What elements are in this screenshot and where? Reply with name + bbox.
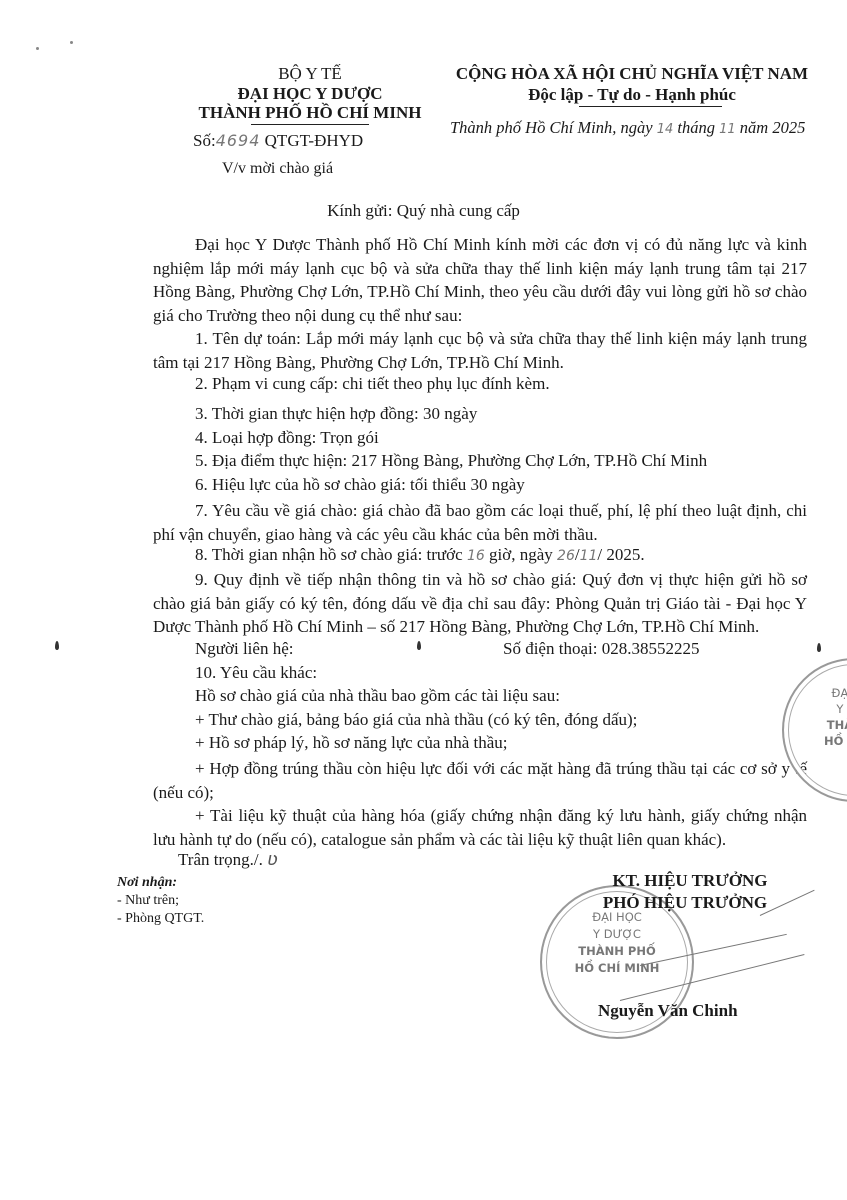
intro-paragraph: Đại học Y Dược Thành phố Hồ Chí Minh kín… <box>153 233 807 327</box>
stamp-line: HỒ CHÍ MINH <box>542 960 692 977</box>
doc-item-4-text: + Tài liệu kỹ thuật của hàng hóa (giấy c… <box>153 806 807 849</box>
issuer-header: BỘ Y TẾ ĐẠI HỌC Y DƯỢC THÀNH PHỐ HỒ CHÍ … <box>160 64 460 125</box>
contact-phone: Số điện thoại: 028.38552225 <box>503 639 699 659</box>
edge-stamp-line: THÀ <box>824 717 847 733</box>
item-9: 9. Quy định về tiếp nhận thông tin và hồ… <box>153 568 807 639</box>
signer-title-2: PHÓ HIỆU TRƯỞNG <box>550 892 820 914</box>
item-9-text: 9. Quy định về tiếp nhận thông tin và hồ… <box>153 570 807 636</box>
date-prefix: Thành phố Hồ Chí Minh, ngày <box>450 118 653 137</box>
contact-label: Người liên hệ: <box>195 639 293 658</box>
nation-name: CỘNG HÒA XÃ HỘI CHỦ NGHĨA VIỆT NAM <box>432 64 832 84</box>
handwritten-deadline-month: 11 <box>580 548 598 564</box>
university-name-line2: THÀNH PHỐ HỒ CHÍ MINH <box>160 103 460 122</box>
item-5: 5. Địa điểm thực hiện: 217 Hồng Bàng, Ph… <box>195 451 707 471</box>
edge-stamp-text: ĐẠ Y THÀ HỒ C <box>824 685 847 749</box>
stamp-line: THÀNH PHỐ <box>542 943 692 960</box>
punch-mark-icon <box>55 641 59 650</box>
document-number: Số:4694 QTGT-ĐHYD <box>193 131 363 151</box>
item-8-prefix: 8. Thời gian nhận hồ sơ chào giá: trước <box>195 545 463 564</box>
scan-speck-icon <box>36 47 39 50</box>
handwritten-hour: 16 <box>467 548 485 564</box>
intro-text: Đại học Y Dược Thành phố Hồ Chí Minh kín… <box>153 235 807 325</box>
item-8: 8. Thời gian nhận hồ sơ chào giá: trước … <box>195 545 645 565</box>
punch-mark-icon <box>417 641 421 650</box>
document-subject: V/v mời chào giá <box>222 160 333 178</box>
initials-signature-icon: ʋ <box>267 849 278 870</box>
docs-intro: Hồ sơ chào giá của nhà thầu bao gồm các … <box>195 686 560 706</box>
salutation: Kính gửi: Quý nhà cung cấp <box>0 201 847 221</box>
item-7: 7. Yêu cầu về giá chào: giá chào đã bao … <box>153 499 807 546</box>
item-10: 10. Yêu cầu khác: <box>195 663 317 683</box>
closing-text: Trân trọng./. <box>178 850 263 869</box>
doc-item-3-text: + Hợp đồng trúng thầu còn hiệu lực đối v… <box>153 759 807 802</box>
university-name-line1: ĐẠI HỌC Y DƯỢC <box>160 84 460 103</box>
ministry-name: BỘ Y TẾ <box>160 64 460 84</box>
doc-item-2: + Hồ sơ pháp lý, hồ sơ năng lực của nhà … <box>195 733 508 753</box>
national-header: CỘNG HÒA XÃ HỘI CHỦ NGHĨA VIỆT NAM Độc l… <box>432 64 832 107</box>
signer-title-1: KT. HIỆU TRƯỞNG <box>560 870 820 892</box>
date-month-label: tháng <box>677 118 715 137</box>
recipient-item: - Phòng QTGT. <box>117 910 204 928</box>
stamp-text: ĐẠI HỌC Y DƯỢC THÀNH PHỐ HỒ CHÍ MINH <box>542 909 692 977</box>
recipients-title: Nơi nhận: <box>117 874 204 892</box>
punch-mark-icon <box>817 643 821 652</box>
number-prefix: Số: <box>193 131 216 150</box>
doc-item-3: + Hợp đồng trúng thầu còn hiệu lực đối v… <box>153 757 807 804</box>
doc-item-1: + Thư chào giá, bảng báo giá của nhà thầ… <box>195 710 637 730</box>
number-suffix: QTGT-ĐHYD <box>265 131 364 150</box>
handwritten-number: 4694 <box>216 131 261 150</box>
item-2: 2. Phạm vi cung cấp: chi tiết theo phụ l… <box>195 374 550 394</box>
item-3: 3. Thời gian thực hiện hợp đồng: 30 ngày <box>195 404 477 424</box>
header-underline <box>251 124 369 125</box>
motto-underline <box>579 106 722 107</box>
doc-item-4: + Tài liệu kỹ thuật của hàng hóa (giấy c… <box>153 804 807 851</box>
item-4: 4. Loại hợp đồng: Trọn gói <box>195 428 379 448</box>
recipient-item: - Như trên; <box>117 892 204 910</box>
closing: Trân trọng./. ʋ <box>178 849 278 870</box>
contact-row: Người liên hệ: Số điện thoại: 028.385522… <box>195 639 293 659</box>
item-1: 1. Tên dự toán: Lắp mới máy lạnh cục bộ … <box>153 327 807 374</box>
item-8-year: / 2025. <box>597 545 644 564</box>
item-6: 6. Hiệu lực của hồ sơ chào giá: tối thiể… <box>195 475 525 495</box>
issue-date: Thành phố Hồ Chí Minh, ngày 14 tháng 11 … <box>450 118 805 138</box>
handwritten-month: 11 <box>719 122 736 137</box>
national-motto: Độc lập - Tự do - Hạnh phúc <box>432 84 832 105</box>
item-7-text: 7. Yêu cầu về giá chào: giá chào đã bao … <box>153 501 807 544</box>
signer-name: Nguyễn Văn Chinh <box>598 1001 738 1021</box>
edge-stamp-line: Y <box>824 701 847 717</box>
edge-stamp-line: HỒ C <box>824 733 847 749</box>
item-1-text: 1. Tên dự toán: Lắp mới máy lạnh cục bộ … <box>153 329 807 372</box>
handwritten-day: 14 <box>657 122 674 137</box>
handwritten-deadline-day: 26 <box>557 548 575 564</box>
scan-speck-icon <box>70 41 73 44</box>
edge-stamp-line: ĐẠ <box>824 685 847 701</box>
recipients-block: Nơi nhận: - Như trên; - Phòng QTGT. <box>117 874 204 928</box>
stamp-line: Y DƯỢC <box>542 926 692 943</box>
date-year: năm 2025 <box>740 118 806 137</box>
item-8-mid: giờ, ngày <box>489 545 553 564</box>
